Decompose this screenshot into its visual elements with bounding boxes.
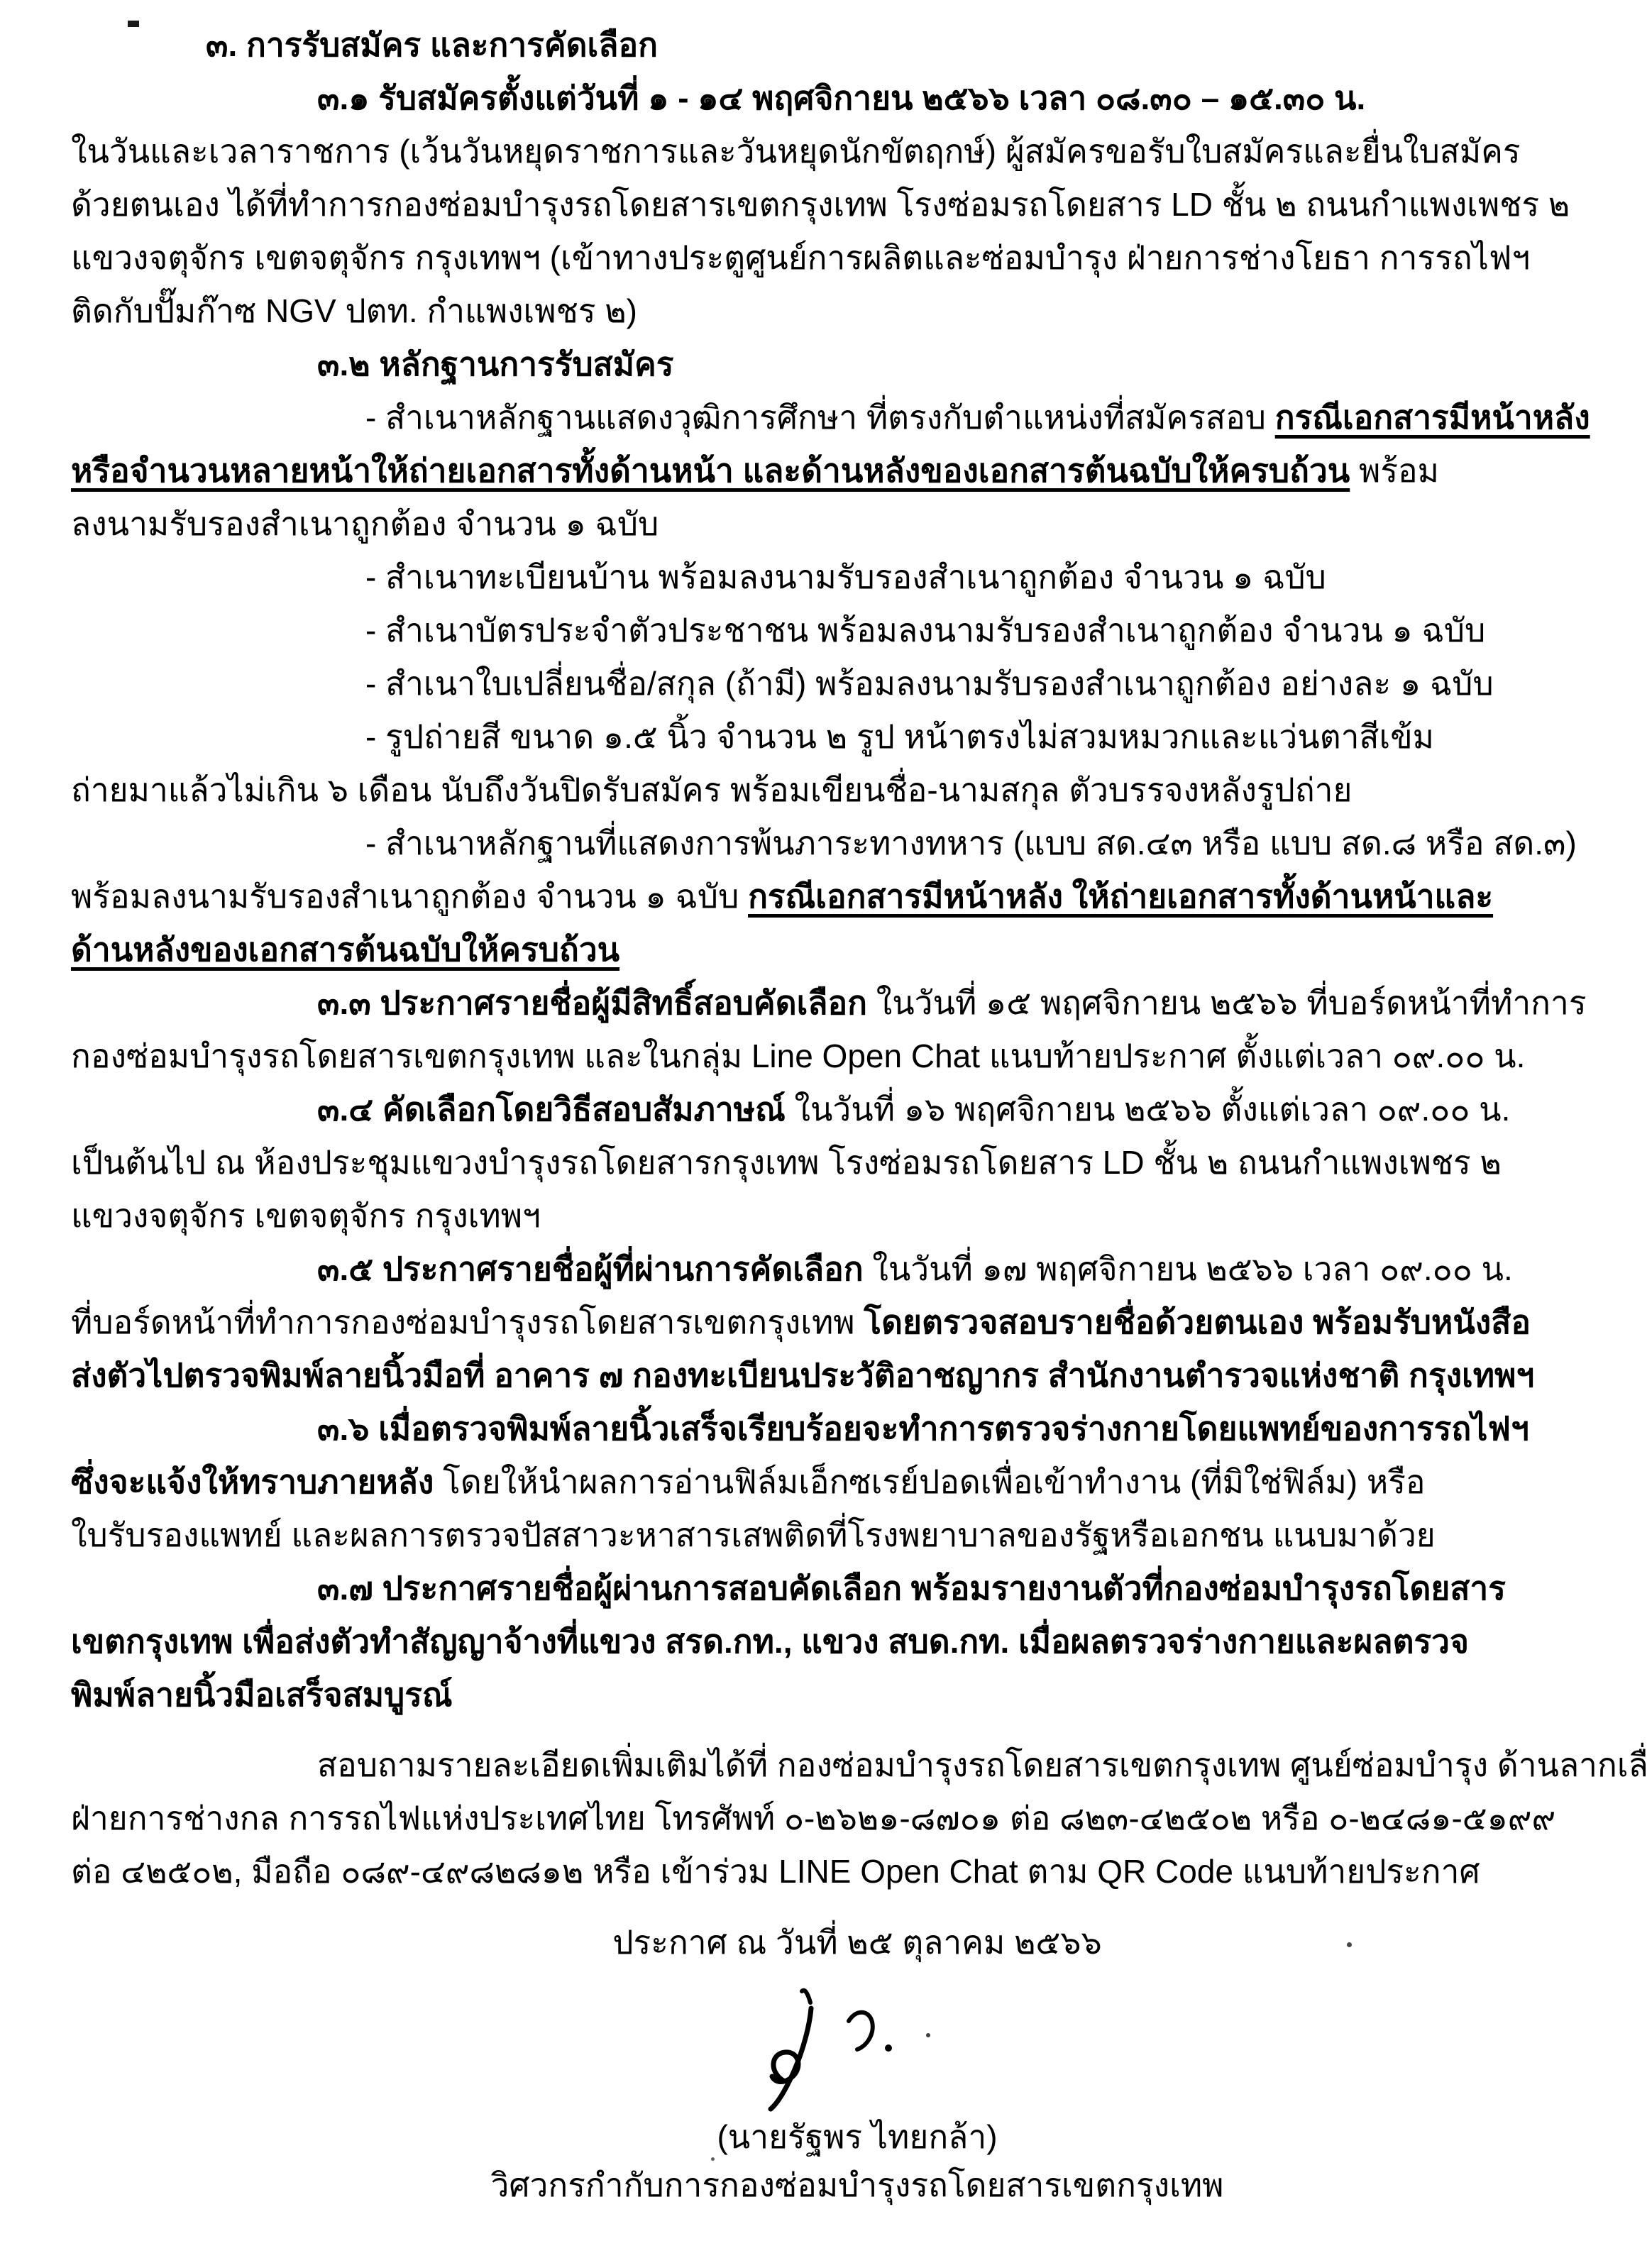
text-line: ที่บอร์ดหน้าที่ทำการกองซ่อมบำรุงรถโดยสาร…: [71, 1296, 1583, 1349]
text-segment: ในวันที่ ๑๖ พฤศจิกายน ๒๕๖๖ ตั้งแต่เวลา ๐…: [786, 1091, 1511, 1128]
text-segment: - สำเนาหลักฐานที่แสดงการพ้นภาระทางทหาร (…: [365, 825, 1577, 861]
text-line: ส่งตัวไปตรวจพิมพ์ลายนิ้วมือที่ อาคาร ๗ ก…: [71, 1349, 1583, 1402]
text-line: ๓.๑ รับสมัครตั้งแต่วันที่ ๑ - ๑๔ พฤศจิกา…: [71, 72, 1583, 125]
text-line: ฝ่ายการช่างกล การรถไฟแห่งประเทศไทย โทรศั…: [71, 1792, 1583, 1845]
text-line: แขวงจตุจักร เขตจตุจักร กรุงเทพฯ: [71, 1189, 1583, 1243]
signer-title: วิศวกรกำกับการกองซ่อมบำรุงรถโดยสารเขตกรุ…: [0, 2160, 1647, 2210]
text-line: ใบรับรองแพทย์ และผลการตรวจปัสสาวะหาสารเส…: [71, 1509, 1583, 1562]
text-line: พร้อมลงนามรับรองสำเนาถูกต้อง จำนวน ๑ ฉบั…: [71, 870, 1583, 923]
handwritten-signature-icon: [742, 1984, 948, 2112]
signer-name: (นายรัฐพร ไทยกล้า): [0, 2113, 1647, 2160]
text-line: ด้านหลังของเอกสารต้นฉบับให้ครบถ้วน: [71, 923, 1583, 976]
text-segment: ถ่ายมาแล้วไม่เกิน ๖ เดือน นับถึงวันปิดรั…: [71, 771, 1352, 808]
text-line: - สำเนาหลักฐานที่แสดงการพ้นภาระทางทหาร (…: [71, 817, 1583, 870]
scan-artifact-speck: [1347, 1942, 1352, 1947]
text-segment: ๓.๑ รับสมัครตั้งแต่วันที่ ๑ - ๑๔ พฤศจิกา…: [317, 79, 1365, 116]
text-segment: ที่บอร์ดหน้าที่ทำการกองซ่อมบำรุงรถโดยสาร…: [71, 1304, 864, 1341]
text-segment: กองซ่อมบำรุงรถโดยสารเขตกรุงเทพ และในกลุ่…: [71, 1037, 1525, 1074]
text-segment: ในวันที่ ๑๗ พฤศจิกายน ๒๕๖๖ เวลา ๐๙.๐๐ น.: [864, 1250, 1513, 1287]
text-segment: หรือจำนวนหลายหน้าให้ถ่ายเอกสารทั้งด้านหน…: [71, 452, 1350, 489]
text-segment: ๓.๓ ประกาศรายชื่อผู้มีสิทธิ์สอบคัดเลือก: [317, 984, 867, 1021]
text-segment: - รูปถ่ายสี ขนาด ๑.๕ นิ้ว จำนวน ๒ รูป หน…: [365, 718, 1434, 755]
text-segment: - สำเนาหลักฐานแสดงวุฒิการศึกษา ที่ตรงกับ…: [365, 399, 1275, 436]
text-segment: ในวันและเวลาราชการ (เว้นวันหยุดราชการและ…: [71, 133, 1521, 170]
text-line: หรือจำนวนหลายหน้าให้ถ่ายเอกสารทั้งด้านหน…: [71, 444, 1583, 497]
text-segment: ๓.๒ หลักฐานการรับสมัคร: [317, 346, 674, 382]
text-line: ในวันและเวลาราชการ (เว้นวันหยุดราชการและ…: [71, 125, 1583, 178]
text-segment: แขวงจตุจักร เขตจตุจักร กรุงเทพฯ: [71, 1197, 541, 1234]
text-segment: ๓.๔ คัดเลือกโดยวิธีสอบสัมภาษณ์: [317, 1091, 786, 1128]
text-segment: พร้อม: [1350, 452, 1439, 489]
document-footer: ประกาศ ณ วันที่ ๒๕ ตุลาคม ๒๕๖๖: [0, 1916, 1647, 2210]
text-segment: เขตกรุงเทพ เพื่อส่งตัวทำสัญญาจ้างที่แขวง…: [71, 1623, 1469, 1660]
text-segment: ด้วยตนเอง ได้ที่ทำการกองซ่อมบำรุงรถโดยสา…: [71, 186, 1570, 223]
text-segment: กรณีเอกสารมีหน้าหลัง: [1275, 399, 1590, 436]
text-line: ๓.๖ เมื่อตรวจพิมพ์ลายนิ้วเสร็จเรียบร้อยจ…: [71, 1402, 1583, 1455]
text-segment: ๓.๖ เมื่อตรวจพิมพ์ลายนิ้วเสร็จเรียบร้อยจ…: [317, 1410, 1529, 1447]
text-line: - รูปถ่ายสี ขนาด ๑.๕ นิ้ว จำนวน ๒ รูป หน…: [71, 710, 1583, 764]
text-line: ๓. การรับสมัคร และการคัดเลือก: [71, 18, 1583, 72]
text-line: ๓.๒ หลักฐานการรับสมัคร: [71, 338, 1583, 391]
text-line: ๓.๓ ประกาศรายชื่อผู้มีสิทธิ์สอบคัดเลือก …: [71, 976, 1583, 1030]
text-line: พิมพ์ลายนิ้วมือเสร็จสมบูรณ์: [71, 1668, 1583, 1722]
text-line: ๓.๕ ประกาศรายชื่อผู้ที่ผ่านการคัดเลือก ใ…: [71, 1243, 1583, 1296]
text-line: แขวงจตุจักร เขตจตุจักร กรุงเทพฯ (เข้าทาง…: [71, 231, 1583, 285]
text-line: ซึ่งจะแจ้งให้ทราบภายหลัง โดยให้นำผลการอ่…: [71, 1455, 1583, 1509]
text-segment: พร้อมลงนามรับรองสำเนาถูกต้อง จำนวน ๑ ฉบั…: [71, 878, 748, 915]
announcement-date-line: ประกาศ ณ วันที่ ๒๕ ตุลาคม ๒๕๖๖: [0, 1916, 1647, 1969]
text-line: - สำเนาใบเปลี่ยนชื่อ/สกุล (ถ้ามี) พร้อมล…: [71, 657, 1583, 710]
text-line: สอบถามรายละเอียดเพิ่มเติมได้ที่ กองซ่อมบ…: [71, 1739, 1583, 1792]
text-segment: แขวงจตุจักร เขตจตุจักร กรุงเทพฯ (เข้าทาง…: [71, 239, 1530, 276]
text-line: ถ่ายมาแล้วไม่เกิน ๖ เดือน นับถึงวันปิดรั…: [71, 764, 1583, 817]
text-segment: พิมพ์ลายนิ้วมือเสร็จสมบูรณ์: [71, 1676, 453, 1713]
text-segment: ด้านหลังของเอกสารต้นฉบับให้ครบถ้วน: [71, 931, 619, 968]
text-line: ติดกับปั๊มก๊าซ NGV ปตท. กำแพงเพชร ๒): [71, 285, 1583, 338]
document-body: ๓. การรับสมัคร และการคัดเลือก๓.๑ รับสมัค…: [71, 18, 1583, 1898]
text-segment: เป็นต้นไป ณ ห้องประชุมแขวงบำรุงรถโดยสารก…: [71, 1144, 1502, 1181]
signature-block: [0, 1982, 1647, 2113]
text-segment: กรณีเอกสารมีหน้าหลัง ให้ถ่ายเอกสารทั้งด้…: [748, 878, 1493, 915]
text-segment: ติดกับปั๊มก๊าซ NGV ปตท. กำแพงเพชร ๒): [71, 292, 637, 329]
text-line: เขตกรุงเทพ เพื่อส่งตัวทำสัญญาจ้างที่แขวง…: [71, 1615, 1583, 1668]
text-line: กองซ่อมบำรุงรถโดยสารเขตกรุงเทพ และในกลุ่…: [71, 1030, 1583, 1083]
text-line: - สำเนาทะเบียนบ้าน พร้อมลงนามรับรองสำเนา…: [71, 551, 1583, 604]
text-segment: ๓. การรับสมัคร และการคัดเลือก: [206, 26, 658, 63]
text-segment: ส่งตัวไปตรวจพิมพ์ลายนิ้วมือที่ อาคาร ๗ ก…: [71, 1357, 1534, 1394]
text-segment: ลงนามรับรองสำเนาถูกต้อง จำนวน ๑ ฉบับ: [71, 505, 659, 542]
text-segment: โดยตรวจสอบรายชื่อด้วยตนเอง พร้อมรับหนังส…: [864, 1304, 1531, 1341]
text-line: ต่อ ๔๒๕๐๒, มือถือ ๐๘๙-๔๙๘๒๘๑๒ หรือ เข้าร…: [71, 1845, 1583, 1898]
text-segment: ใบรับรองแพทย์ และผลการตรวจปัสสาวะหาสารเส…: [71, 1516, 1436, 1553]
text-line: ด้วยตนเอง ได้ที่ทำการกองซ่อมบำรุงรถโดยสา…: [71, 178, 1583, 231]
text-segment: - สำเนาใบเปลี่ยนชื่อ/สกุล (ถ้ามี) พร้อมล…: [365, 665, 1494, 702]
text-segment: - สำเนาทะเบียนบ้าน พร้อมลงนามรับรองสำเนา…: [365, 558, 1326, 595]
scan-artifact-speck: [711, 2157, 715, 2161]
text-segment: - สำเนาบัตรประจำตัวประชาชน พร้อมลงนามรับ…: [365, 612, 1485, 649]
text-line: - สำเนาหลักฐานแสดงวุฒิการศึกษา ที่ตรงกับ…: [71, 391, 1583, 444]
text-segment: ฝ่ายการช่างกล การรถไฟแห่งประเทศไทย โทรศั…: [71, 1800, 1555, 1837]
text-segment: ซึ่งจะแจ้งให้ทราบภายหลัง: [71, 1463, 434, 1500]
text-line: ๓.๗ ประกาศรายชื่อผู้ผ่านการสอบคัดเลือก พ…: [71, 1562, 1583, 1615]
text-line: - สำเนาบัตรประจำตัวประชาชน พร้อมลงนามรับ…: [71, 604, 1583, 657]
text-segment: สอบถามรายละเอียดเพิ่มเติมได้ที่ กองซ่อมบ…: [317, 1746, 1647, 1783]
text-segment: ๓.๕ ประกาศรายชื่อผู้ที่ผ่านการคัดเลือก: [317, 1250, 864, 1287]
text-line: ลงนามรับรองสำเนาถูกต้อง จำนวน ๑ ฉบับ: [71, 497, 1583, 551]
text-segment: โดยให้นำผลการอ่านฟิล์มเอ็กซเรย์ปอดเพื่อเ…: [434, 1463, 1425, 1500]
text-segment: ๓.๗ ประกาศรายชื่อผู้ผ่านการสอบคัดเลือก พ…: [317, 1570, 1506, 1607]
text-line: ๓.๔ คัดเลือกโดยวิธีสอบสัมภาษณ์ ในวันที่ …: [71, 1083, 1583, 1136]
text-line: เป็นต้นไป ณ ห้องประชุมแขวงบำรุงรถโดยสารก…: [71, 1136, 1583, 1189]
text-segment: ในวันที่ ๑๕ พฤศจิกายน ๒๕๖๖ ที่บอร์ดหน้าท…: [867, 984, 1587, 1021]
document-page: ๓. การรับสมัคร และการคัดเลือก๓.๑ รับสมัค…: [0, 0, 1647, 2268]
scan-artifact-speck: [128, 21, 139, 27]
text-segment: ต่อ ๔๒๕๐๒, มือถือ ๐๘๙-๔๙๘๒๘๑๒ หรือ เข้าร…: [71, 1853, 1480, 1890]
